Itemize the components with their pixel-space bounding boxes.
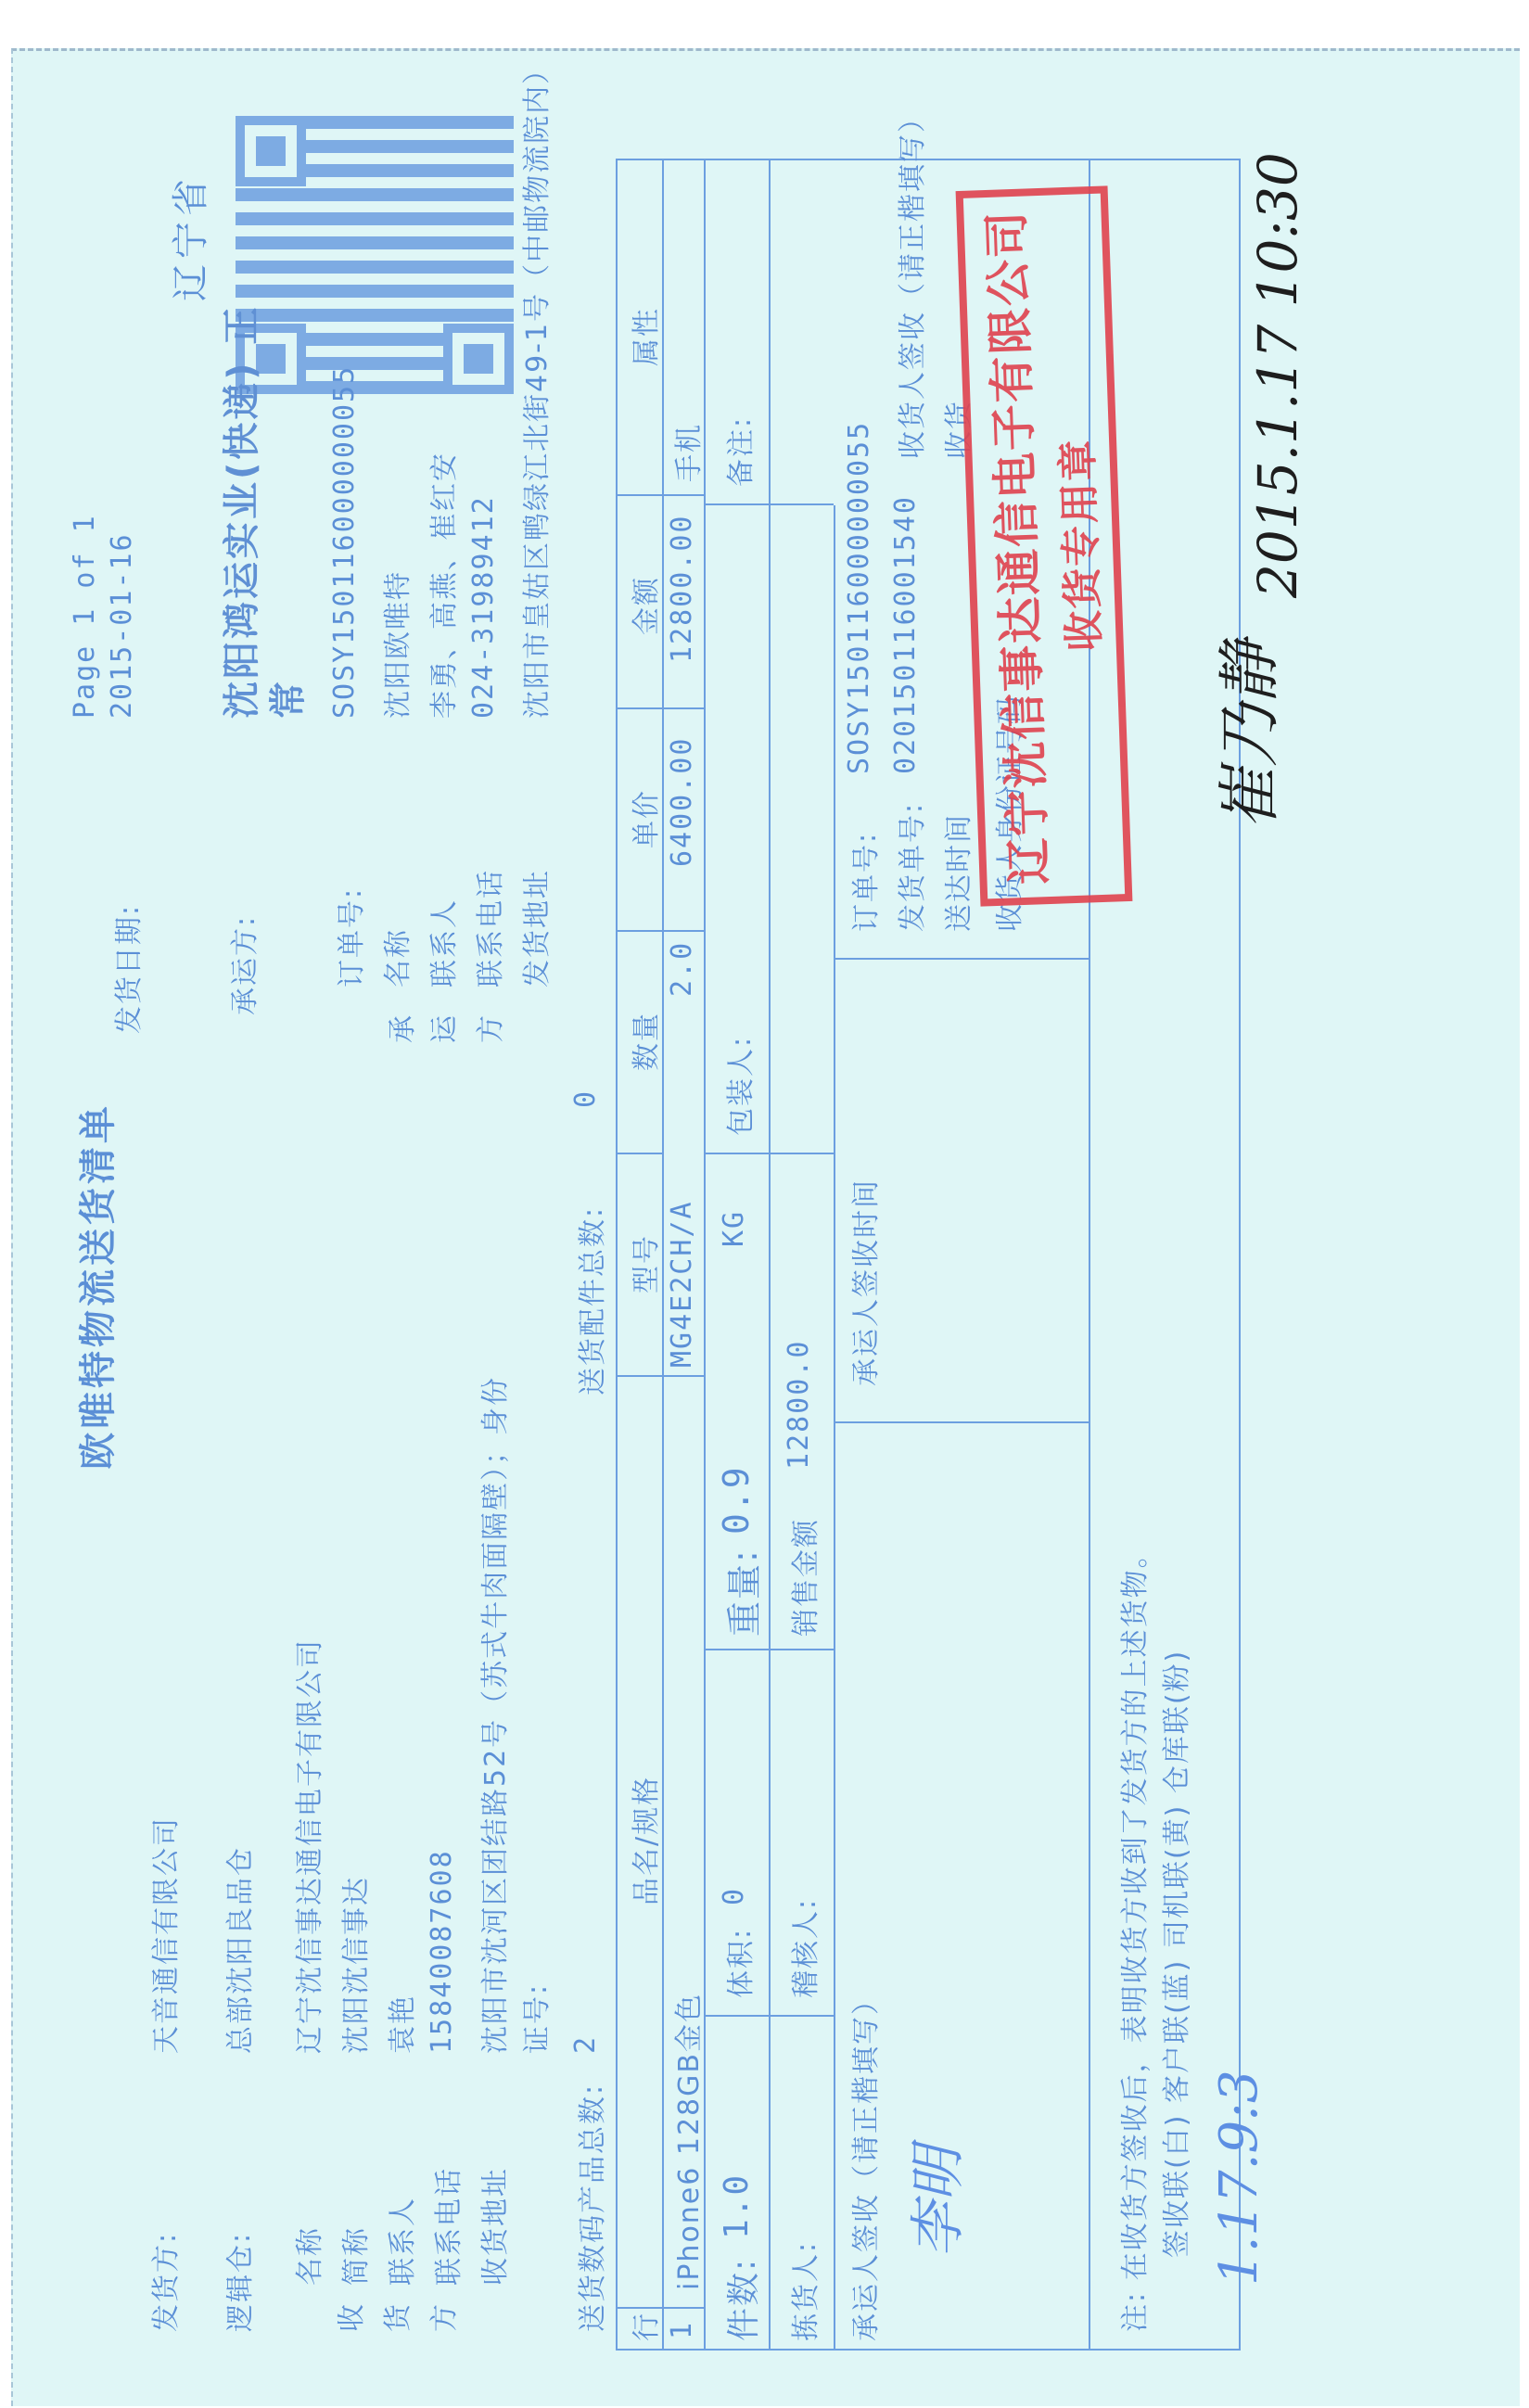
table-row-model: MG4E2CH/A <box>666 1200 698 1368</box>
table-row-attr: 手机 <box>666 423 707 482</box>
receiver-name-label: 名称 <box>287 2226 327 2286</box>
ship-no: 020150116001540 <box>889 495 922 774</box>
digital-total-label: 送货数码产品总数: <box>569 2083 610 2332</box>
sales-value: 12800.0 <box>783 1340 815 1470</box>
warehouse-label: 逻辑仓: <box>217 2232 258 2332</box>
receiver-contact-label: 联系人 <box>379 2197 420 2286</box>
table-divider <box>616 1375 706 1377</box>
table-divider <box>704 2015 834 2017</box>
table-row-amount: 12800.00 <box>666 515 698 664</box>
weight-unit: KG <box>718 1210 750 1247</box>
carrier-contact-label: 联系人 <box>421 898 462 987</box>
page-number: Page 1 of 1 <box>69 514 101 719</box>
table-divider <box>769 160 771 2351</box>
table-divider <box>616 494 706 496</box>
signoff-order-label: 订单号: <box>843 832 884 932</box>
ship-no-label: 发货单号: <box>889 802 930 932</box>
note-line-1: 注: 在收货方签收后，表明收货方收到了发货方的上述货物。 <box>1112 1538 1153 2332</box>
receiver-phone-label: 联系电话 <box>426 2167 466 2286</box>
province-label: 辽宁省 <box>161 173 214 301</box>
table-row-qty: 2.0 <box>666 941 698 997</box>
carrier-phone-label: 联系电话 <box>467 869 508 987</box>
receiver-address: 沈阳市沈河区团结路52号（苏式牛肉面隔壁）；身份 <box>472 1376 513 2054</box>
col-header-model: 型号 <box>623 1234 664 1293</box>
sender-value: 天音通信有限公司 <box>143 1816 184 2054</box>
receiver-datetime-handwritten: 2015.1.17 10:30 <box>1246 152 1309 598</box>
receiver-contact: 袁艳 <box>379 1994 420 2054</box>
carrier-address: 沈阳市皇姑区鸭绿江北街49-1号（中邮物流院内） <box>514 55 554 719</box>
carrier-phone: 024-31989412 <box>467 495 500 719</box>
digital-total: 2 <box>569 2035 602 2054</box>
weight-label: 重量: <box>716 1548 767 1637</box>
table-divider <box>704 503 834 505</box>
carrier-sign-time-label: 承运人签收时间 <box>843 1179 884 1386</box>
company-receipt-stamp: 辽宁沈信事达通信电子有限公司 收货专用章 <box>956 185 1133 906</box>
carrier-company-label: 名称 <box>375 928 415 987</box>
delivery-note-form: 欧唯特物流送货清单 Page 1 of 1 发货日期: 2015-01-16 辽… <box>13 60 1506 2406</box>
receiver-side-label-3: 方 <box>421 2302 462 2332</box>
carrier-company: 沈阳欧唯特 <box>375 570 415 719</box>
receiver-address-label: 收货地址 <box>472 2167 513 2286</box>
signoff-order: SOSY150116000000055 <box>843 421 875 774</box>
receiver-name: 辽宁沈信事达通信电子有限公司 <box>287 1638 327 2054</box>
volume-value: 0 <box>718 1887 750 1905</box>
sender-label: 发货方: <box>143 2232 184 2332</box>
table-divider <box>616 1153 662 1154</box>
accessory-total-label: 送货配件总数: <box>569 1206 610 1395</box>
ship-date: 2015-01-16 <box>106 532 138 719</box>
remark-label: 备注: <box>718 416 758 487</box>
carrier-name: 沈阳鸿运实业(快递) 正 <box>212 305 265 720</box>
carrier-order-label: 订单号: <box>328 887 369 987</box>
packer-label: 包装人: <box>718 1036 758 1136</box>
receiver-signature-handwritten: 崔乃静 <box>1200 641 1290 830</box>
carrier-signature-handwritten: 李明 <box>894 2147 974 2258</box>
sales-label: 销售金额 <box>783 1518 823 1637</box>
table-row-price: 6400.00 <box>666 737 698 867</box>
carrier-label: 承运方: <box>222 915 262 1015</box>
carrier-sign-label: 承运人签收（请正楷填写） <box>843 1985 884 2341</box>
carrier-side-label-1: 承 <box>379 1013 420 1043</box>
qr-code-icon <box>236 116 514 394</box>
carrier-address-label: 发货地址 <box>514 869 554 987</box>
carrier-side-label-2: 运 <box>421 1013 462 1043</box>
ship-date-label: 发货日期: <box>106 904 147 1034</box>
table-divider <box>834 1421 1089 1423</box>
col-header-row: 行 <box>623 2312 664 2341</box>
col-header-price: 单价 <box>623 789 664 848</box>
receiver-short: 沈阳沈信事达 <box>333 1876 374 2054</box>
col-header-qty: 数量 <box>623 1012 664 1071</box>
table-divider <box>704 1153 834 1154</box>
picker-label: 拣货人: <box>783 2241 823 2341</box>
accessory-total: 0 <box>569 1089 602 1108</box>
pieces-label: 件数: <box>718 2258 765 2341</box>
delivery-note-paper: 欧唯特物流送货清单 Page 1 of 1 发货日期: 2015-01-16 辽… <box>11 48 1520 2406</box>
carrier-contact: 李勇、高燕、崔红安 <box>421 452 462 719</box>
receiver-side-label-2: 货 <box>375 2302 415 2332</box>
col-header-name: 品名/规格 <box>623 1776 664 1905</box>
arrival-time-label: 送达时间 <box>936 813 976 932</box>
receiver-side-label-1: 收 <box>328 2302 369 2332</box>
carrier-order: SOSY150116000000055 <box>328 365 361 719</box>
col-header-amount: 金额 <box>623 576 664 635</box>
table-divider <box>616 2307 706 2309</box>
table-row-product: iPhone6 128GB金色 <box>666 1993 707 2290</box>
volume-label: 体积: <box>718 1928 758 1998</box>
checker-label: 稽核人: <box>783 1898 823 1998</box>
carrier-date-handwritten: 1.17.9:3 <box>1209 2070 1269 2286</box>
table-divider <box>834 505 835 2351</box>
table-divider <box>616 707 706 709</box>
table-divider <box>616 930 706 932</box>
table-divider <box>834 958 1089 960</box>
document-title: 欧唯特物流送货清单 <box>69 1102 121 1470</box>
receiver-phone: 15840087608 <box>426 1849 458 2054</box>
table-divider <box>704 1649 834 1650</box>
weight-value: 0.9 <box>716 1465 757 1535</box>
note-line-2: 签收联(白) 客户联(蓝) 司机联(黄) 仓库联(粉) <box>1153 1650 1194 2258</box>
table-row-index: 1 <box>666 2321 698 2339</box>
pieces-value: 1.0 <box>718 2173 756 2239</box>
warehouse-value: 总部沈阳良品仓 <box>217 1846 258 2054</box>
receiver-short-label: 简称 <box>333 2226 374 2286</box>
carrier-side-label-3: 方 <box>467 1013 508 1043</box>
receiver-sign-label: 收货人签收（请正楷填写） <box>889 103 930 459</box>
carrier-name-cont: 常 <box>259 679 312 719</box>
receiver-id-label: 证号: <box>514 1983 554 2054</box>
col-header-attr: 属性 <box>623 307 664 366</box>
